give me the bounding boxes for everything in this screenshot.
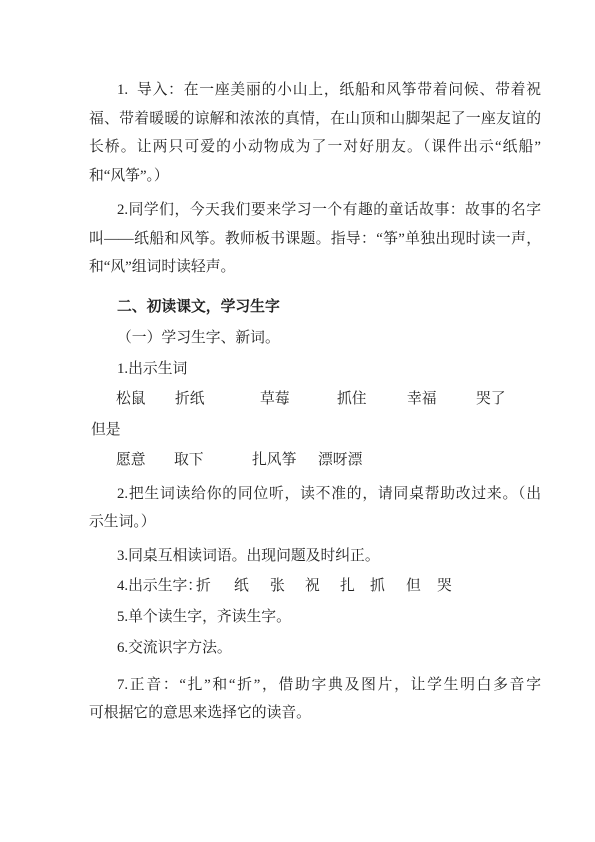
list-item-2-line: 示生词。） (89, 508, 541, 537)
intro-paragraph-line: 和“风筝”。） (89, 162, 541, 191)
new-character: 扎 (340, 572, 355, 601)
list-item-4-prefix: 4.出示生字： (117, 572, 202, 601)
vocab-word: 漂呀漂 (318, 446, 362, 475)
new-character: 哭 (437, 572, 452, 601)
vocab-word: 哭了 (476, 385, 506, 414)
vocab-word: 扎风筝 (252, 446, 296, 475)
list-item-5: 5.单个读生字，齐读生字。 (89, 603, 541, 632)
lesson-plan-content: 1. 导入：在一座美丽的小山上，纸船和风筝带着问候、带着祝 福、带着暖暖的谅解和… (89, 76, 541, 728)
list-item-7-line: 可根据它的意思来选择它的读音。 (89, 699, 541, 728)
list-item-6: 6.交流识字方法。 (89, 634, 541, 663)
new-character: 但 (406, 572, 421, 601)
vocab-word-row-1: 松鼠 折纸 草莓 抓住 幸福 哭了 (89, 385, 541, 414)
list-item-1: 1.出示生词 (89, 355, 541, 384)
intro-paragraph2-line: 叫——纸船和风筝。教师板书课题。指导：“筝”单独出现时读一声， (89, 225, 541, 254)
vocab-word: 抓住 (337, 385, 367, 414)
list-item-7-line: 7.正音：“扎”和“折”，借助字典及图片，让学生明白多音字 (89, 671, 541, 700)
new-character: 张 (270, 572, 285, 601)
vocab-word: 折纸 (175, 385, 205, 414)
new-character: 纸 (234, 572, 249, 601)
vocab-word: 松鼠 (116, 385, 146, 414)
new-character: 祝 (305, 572, 320, 601)
intro-paragraph-line: 福、带着暖暖的谅解和浓浓的真情，在山顶和山脚架起了一座友谊的 (89, 105, 541, 134)
intro-paragraph2-line: 2.同学们，今天我们要来学习一个有趣的童话故事：故事的名字 (89, 196, 541, 225)
new-character: 折 (196, 572, 211, 601)
intro-paragraph2-line: 和“风”组词时读轻声。 (89, 253, 541, 282)
section-heading: 二、初读课文，学习生字 (89, 293, 541, 322)
list-item-2-line: 2.把生词读给你的同位听，读不准的，请同桌帮助改过来。（出 (89, 480, 541, 509)
intro-paragraph-line: 1. 导入：在一座美丽的小山上，纸船和风筝带着问候、带着祝 (89, 76, 541, 105)
vocab-word: 幸福 (407, 385, 437, 414)
list-item-4-characters-row: 4.出示生字： 折 纸 张 祝 扎 抓 但 哭 (89, 572, 541, 601)
vocab-word-row-2: 愿意 取下 扎风筝 漂呀漂 (89, 446, 541, 475)
document-page: 1. 导入：在一座美丽的小山上，纸船和风筝带着问候、带着祝 福、带着暖暖的谅解和… (0, 0, 595, 842)
vocab-word: 草莓 (260, 385, 290, 414)
vocab-word: 取下 (174, 446, 204, 475)
vocab-word-wrapped: 但是 (89, 416, 541, 445)
list-item-3: 3.同桌互相读词语。出现问题及时纠正。 (89, 542, 541, 571)
subsection-title: （一）学习生字、新词。 (89, 324, 541, 353)
vocab-word: 愿意 (116, 446, 146, 475)
new-character: 抓 (370, 572, 385, 601)
intro-paragraph-line: 长桥。让两只可爱的小动物成为了一对好朋友。（课件出示“纸船” (89, 133, 541, 162)
